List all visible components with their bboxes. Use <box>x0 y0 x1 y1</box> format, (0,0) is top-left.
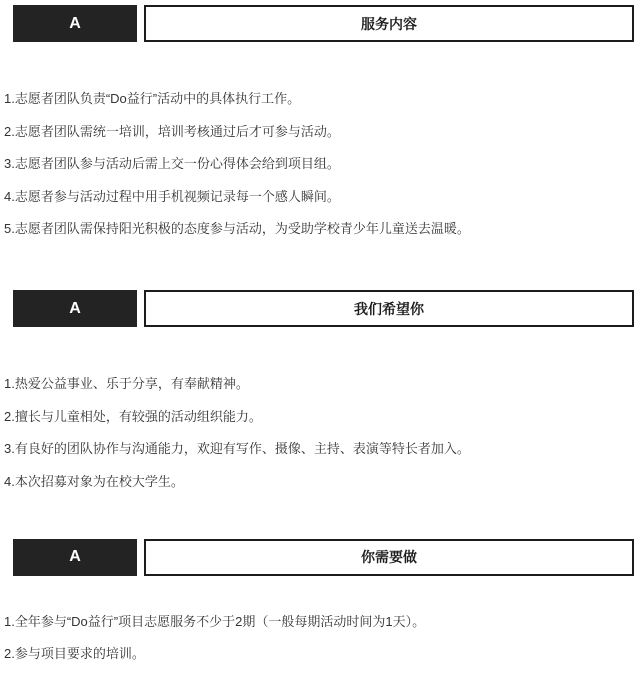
section-you-need-to-do: A 你需要做 1.全年参与“Do益行”项目志愿服务不少于2期（一般每期活动时间为… <box>0 539 640 664</box>
section-title-box: 你需要做 <box>144 539 634 576</box>
list-item: 4.志愿者参与活动过程中用手机视频记录每一个感人瞬间。 <box>4 188 640 206</box>
list-item: 3.志愿者团队参与活动后需上交一份心得体会给到项目组。 <box>4 155 640 173</box>
list-item: 2.参与项目要求的培训。 <box>4 645 640 663</box>
badge-letter: A <box>69 548 81 566</box>
badge-letter: A <box>69 15 81 33</box>
section-header: A 服务内容 <box>13 5 634 42</box>
list-item: 4.本次招募对象为在校大学生。 <box>4 473 640 491</box>
list-item: 1.全年参与“Do益行”项目志愿服务不少于2期（一般每期活动时间为1天）。 <box>4 613 640 631</box>
section-badge: A <box>13 5 137 42</box>
section-item-list: 1.全年参与“Do益行”项目志愿服务不少于2期（一般每期活动时间为1天）。 2.… <box>0 576 640 664</box>
section-we-hope-you: A 我们希望你 1.热爱公益事业、乐于分享，有奉献精神。 2.擅长与儿童相处，有… <box>0 290 640 491</box>
section-service-content: A 服务内容 1.志愿者团队负责“Do益行”活动中的具体执行工作。 2.志愿者团… <box>0 5 640 238</box>
article-page: A 服务内容 1.志愿者团队负责“Do益行”活动中的具体执行工作。 2.志愿者团… <box>0 0 640 680</box>
section-title: 你需要做 <box>361 547 417 567</box>
list-item: 5.志愿者团队需保持阳光积极的态度参与活动，为受助学校青少年儿童送去温暖。 <box>4 220 640 238</box>
section-title: 服务内容 <box>361 14 417 34</box>
section-badge: A <box>13 539 137 576</box>
section-item-list: 1.热爱公益事业、乐于分享，有奉献精神。 2.擅长与儿童相处，有较强的活动组织能… <box>0 327 640 491</box>
section-badge: A <box>13 290 137 327</box>
section-item-list: 1.志愿者团队负责“Do益行”活动中的具体执行工作。 2.志愿者团队需统一培训，… <box>0 42 640 238</box>
list-item: 2.志愿者团队需统一培训，培训考核通过后才可参与活动。 <box>4 123 640 141</box>
section-header: A 我们希望你 <box>13 290 634 327</box>
section-header: A 你需要做 <box>13 539 634 576</box>
section-title-box: 服务内容 <box>144 5 634 42</box>
list-item: 1.志愿者团队负责“Do益行”活动中的具体执行工作。 <box>4 90 640 108</box>
list-item: 1.热爱公益事业、乐于分享，有奉献精神。 <box>4 375 640 393</box>
badge-letter: A <box>69 300 81 318</box>
section-title-box: 我们希望你 <box>144 290 634 327</box>
list-item: 2.擅长与儿童相处，有较强的活动组织能力。 <box>4 408 640 426</box>
section-title: 我们希望你 <box>354 299 424 319</box>
list-item: 3.有良好的团队协作与沟通能力，欢迎有写作、摄像、主持、表演等特长者加入。 <box>4 440 640 458</box>
